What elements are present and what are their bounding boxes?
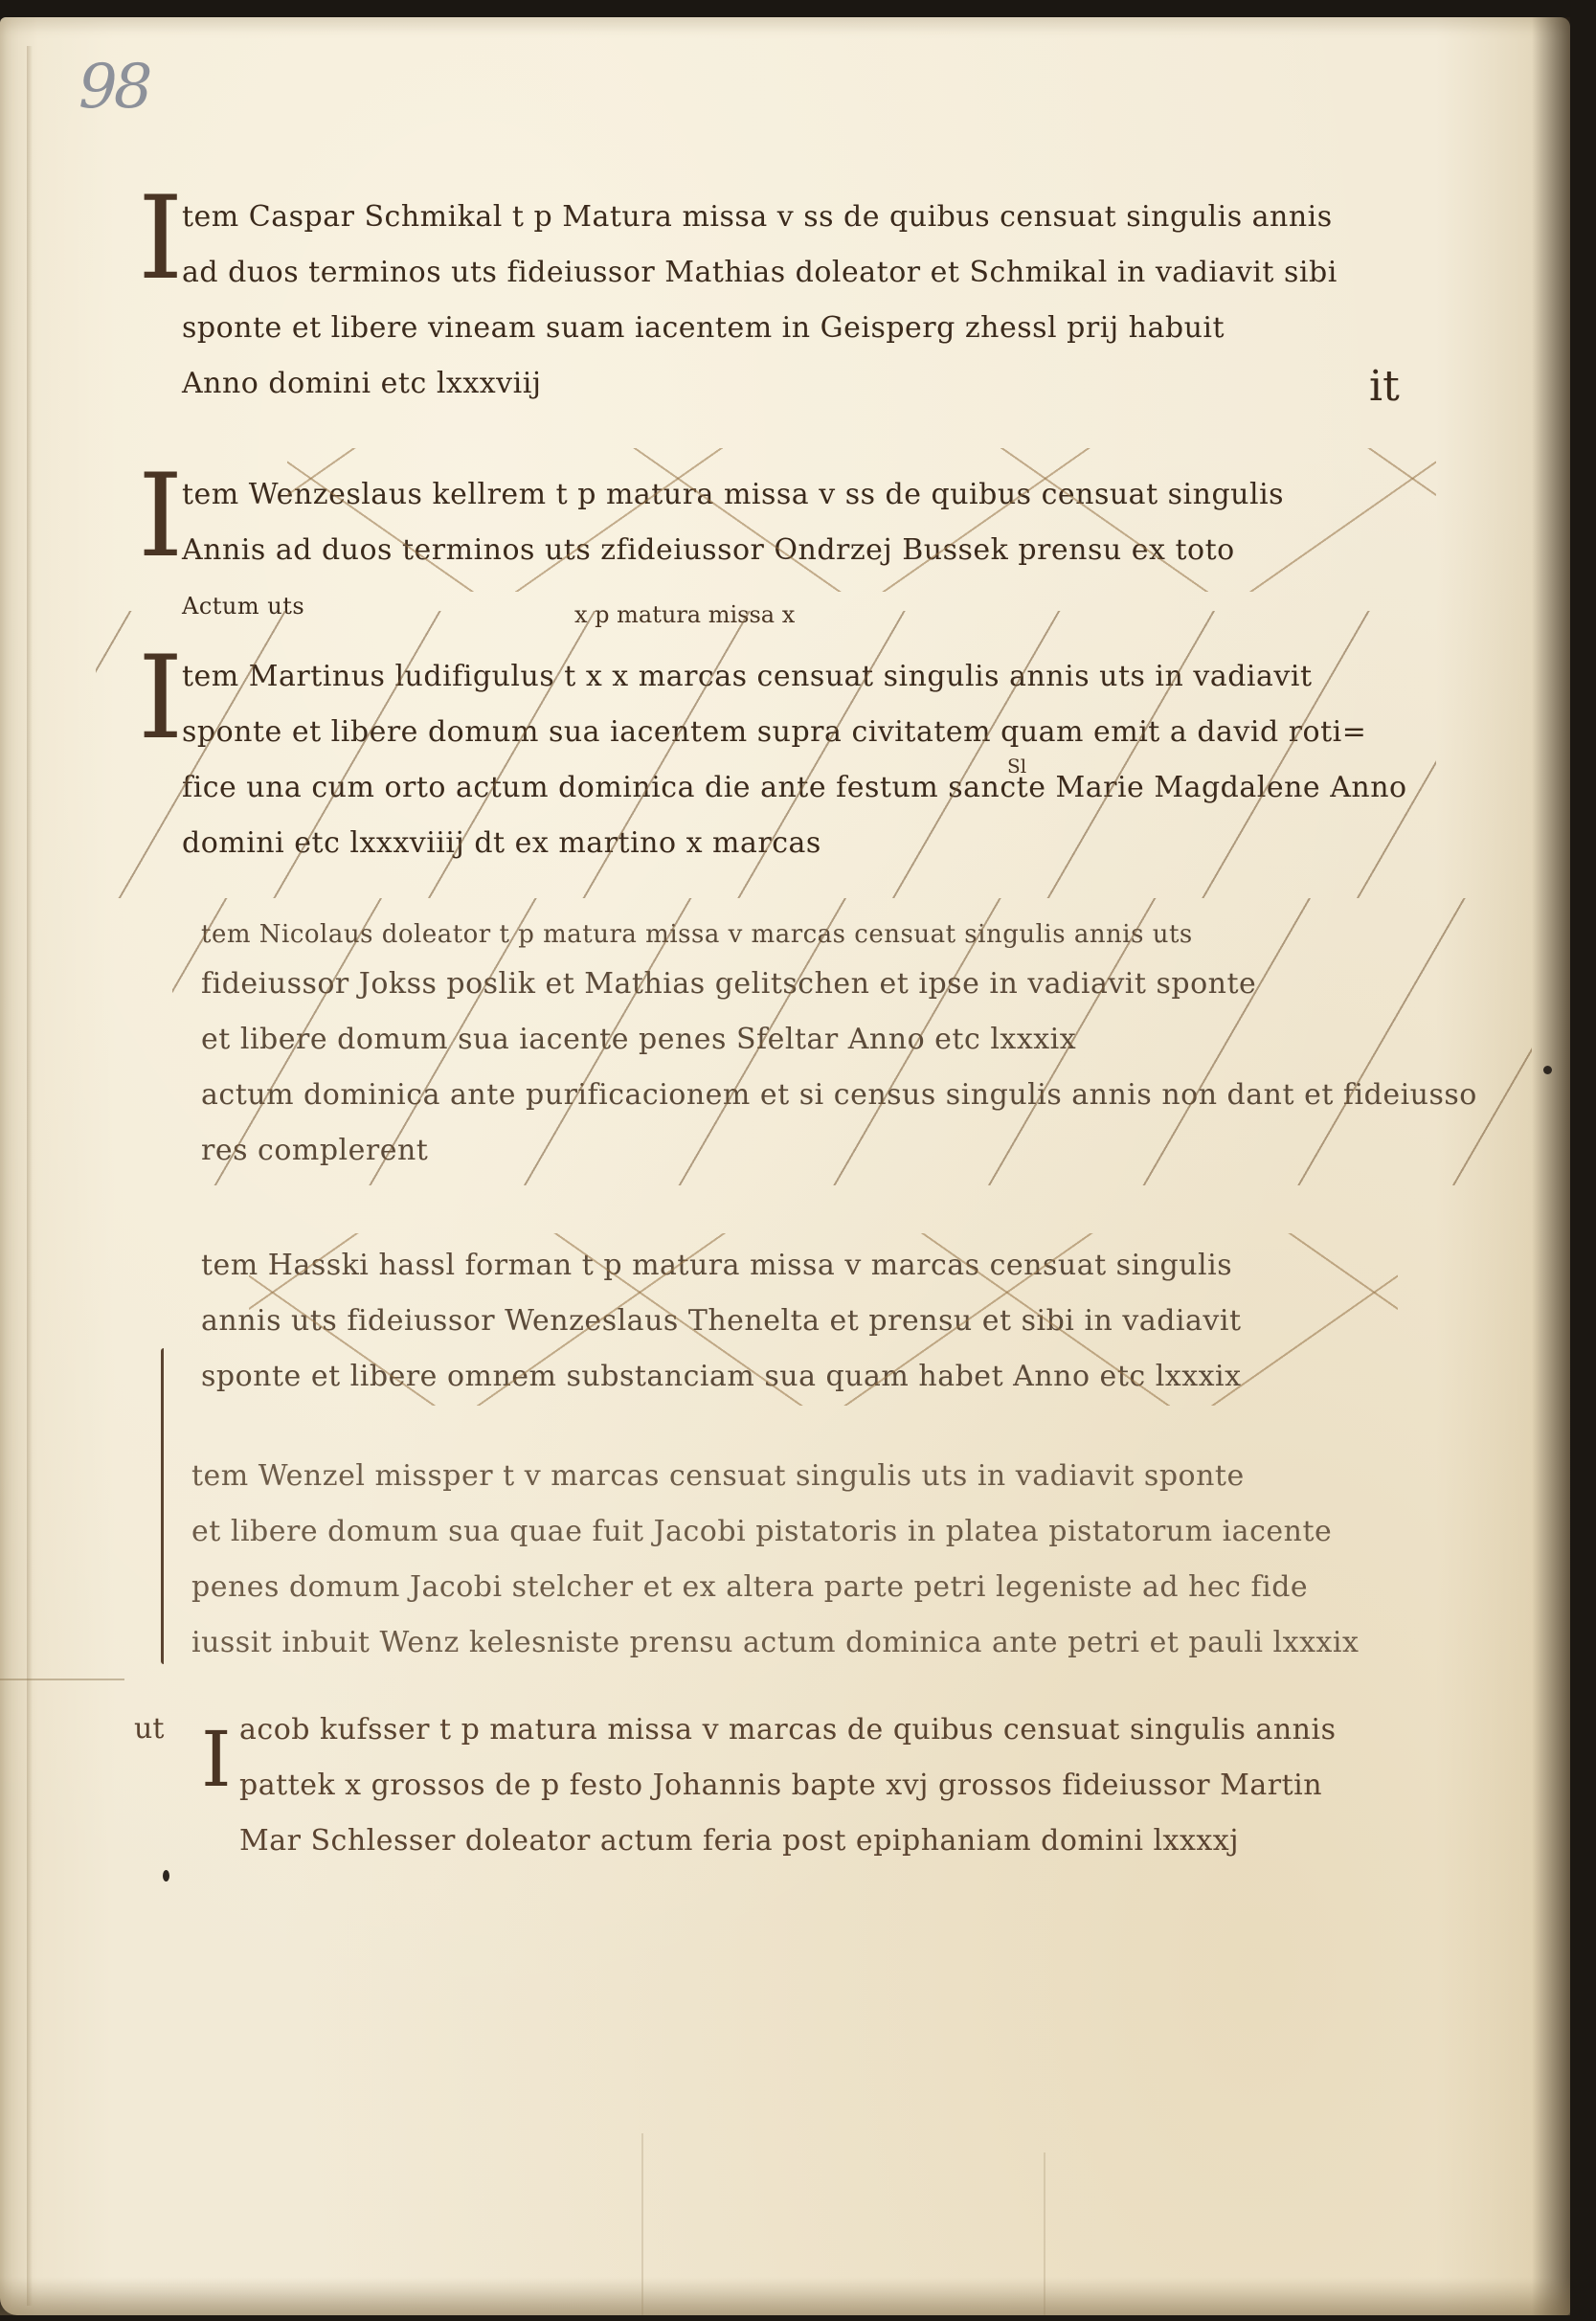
entry-line: pattek x grossos de p festo Johannis bap… — [239, 1758, 1336, 1814]
entry-5: tem Hasski hassl forman t p matura missa… — [201, 1238, 1242, 1405]
decorated-initial: I — [138, 642, 183, 756]
margin-mark: ut — [134, 1712, 164, 1746]
ink-blot — [1543, 1066, 1552, 1074]
torn-edge — [0, 1679, 124, 1686]
entry-3: I tem Martinus ludifigulus t x x marcas … — [182, 649, 1407, 871]
interlinear-note: x p matura missa x — [574, 601, 795, 628]
damaged-bottom-edge — [0, 2277, 1570, 2315]
entry-line: fice una cum orto actum dominica die ant… — [182, 760, 1407, 816]
entry-line: ad duos terminos uts fideiussor Mathias … — [182, 245, 1337, 301]
interlinear-note: Sl — [1007, 755, 1026, 777]
crease — [641, 2133, 643, 2315]
entry-line: Annis ad duos terminos uts zfideiussor O… — [182, 523, 1284, 578]
entry-line: penes domum Jacobi stelcher et ex altera… — [191, 1560, 1359, 1615]
entry-line: Mar Schlesser doleator actum feria post … — [239, 1814, 1336, 1869]
entry-line: Anno domini etc lxxxviij — [182, 356, 1337, 412]
entry-line: et libere domum sua quae fuit Jacobi pis… — [191, 1504, 1359, 1560]
entry-line: fideiussor Jokss poslik et Mathias gelit… — [201, 957, 1477, 1012]
entry-line: et libere domum sua iacente penes Sfelta… — [201, 1012, 1477, 1068]
entry-line: tem Hasski hassl forman t p matura missa… — [201, 1238, 1242, 1294]
entry-line: tem Nicolaus doleator t p matura missa v… — [201, 913, 1477, 957]
entry-line: sponte et libere omnem substanciam sua q… — [201, 1349, 1242, 1405]
gutter-fold — [27, 46, 33, 2306]
entry-1: I tem Caspar Schmikal t p Matura missa v… — [182, 190, 1337, 412]
entry-line: actum dominica ante purificacionem et si… — [201, 1068, 1477, 1123]
entry-line: tem Wenzeslaus kellrem t p matura missa … — [182, 467, 1284, 523]
entry-4: tem Nicolaus doleator t p matura missa v… — [201, 913, 1477, 1179]
entry-7: I acob kufsser t p matura missa v marcas… — [239, 1702, 1336, 1869]
entry-line: annis uts fideiussor Wenzeslaus Thenelta… — [201, 1294, 1242, 1349]
entry-line: res complerent — [201, 1123, 1477, 1179]
entry-line: acob kufsser t p matura missa v marcas d… — [239, 1702, 1336, 1758]
page-edge-shadow — [1532, 17, 1570, 2315]
crease — [1044, 2152, 1045, 2315]
decorated-initial: I — [138, 182, 183, 297]
decorated-initial: I — [201, 1702, 232, 1817]
entry-line: tem Martinus ludifigulus t x x marcas ce… — [182, 649, 1407, 705]
entry-6: tem Wenzel missper t v marcas censuat si… — [191, 1449, 1359, 1671]
entry-line: iussit inbuit Wenz kelesniste prensu act… — [191, 1615, 1359, 1671]
entry-line: domini etc lxxxviiij dt ex martino x mar… — [182, 816, 1407, 871]
margin-bracket — [161, 1348, 164, 1664]
entry-line: tem Caspar Schmikal t p Matura missa v s… — [182, 190, 1337, 245]
entry-line: sponte et libere domum sua iacentem supr… — [182, 705, 1407, 760]
manuscript-page: 98 I tem Caspar Schmikal t p Matura miss… — [0, 17, 1570, 2315]
entry-line: tem Wenzel missper t v marcas censuat si… — [191, 1449, 1359, 1504]
folio-number: 98 — [79, 52, 148, 123]
decorated-initial: I — [138, 460, 183, 575]
ink-blot — [163, 1870, 169, 1882]
margin-mark: it — [1369, 362, 1400, 411]
entry-line: sponte et libere vineam suam iacentem in… — [182, 301, 1337, 356]
